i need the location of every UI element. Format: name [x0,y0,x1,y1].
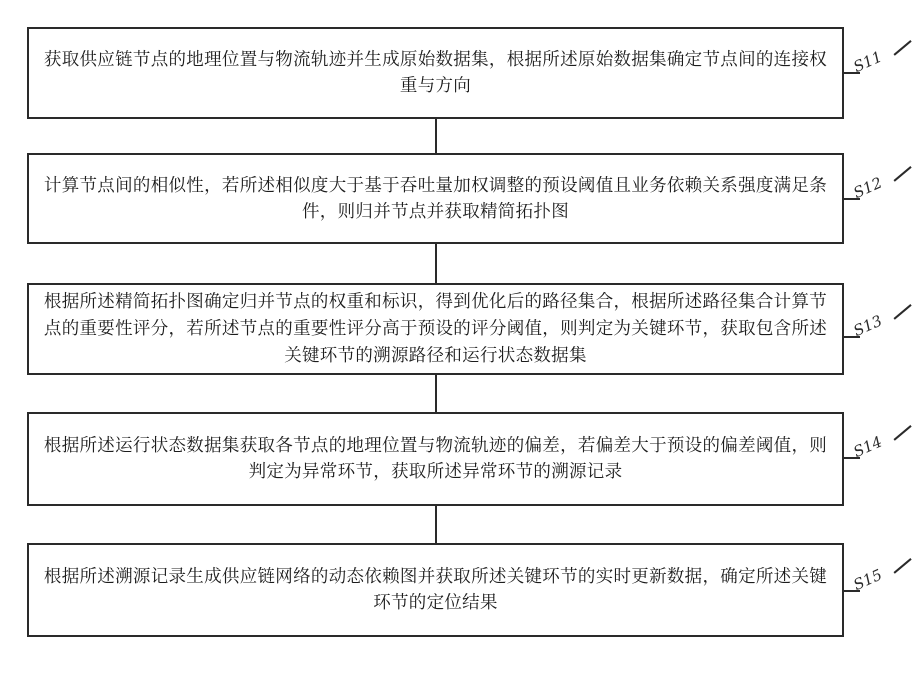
step-text-s12: 计算节点间的相似性，若所述相似度大于基于吞吐量加权调整的预设阈值且业务依赖关系强… [43,173,828,225]
step-box-s15: 根据所述溯源记录生成供应链网络的动态依赖图并获取所述关键环节的实时更新数据，确定… [27,543,844,637]
step-label-text-s13: S13 [851,312,885,340]
connector-s14-s15 [435,506,437,543]
step-label-s12: S12 [844,178,924,218]
flowchart-canvas: 获取供应链节点的地理位置与物流轨迹并生成原始数据集，根据所述原始数据集确定节点间… [0,0,924,682]
connector-s12-s13 [435,244,437,283]
label-tail-mark [894,304,912,319]
connector-s11-s12 [435,119,437,153]
step-label-s13: S13 [844,316,924,356]
step-box-s13: 根据所述精简拓扑图确定归并节点的权重和标识，得到优化后的路径集合，根据所述路径集… [27,283,844,375]
step-label-s14: S14 [844,437,924,477]
step-label-text-s15: S15 [851,566,885,594]
step-label-text-s11: S11 [851,48,885,76]
step-text-s13: 根据所述精简拓扑图确定归并节点的权重和标识，得到优化后的路径集合，根据所述路径集… [43,289,828,370]
label-tail-mark [894,425,912,440]
connector-s13-s14 [435,375,437,412]
step-box-s14: 根据所述运行状态数据集获取各节点的地理位置与物流轨迹的偏差，若偏差大于预设的偏差… [27,412,844,506]
step-label-text-s12: S12 [851,174,885,202]
step-box-s12: 计算节点间的相似性，若所述相似度大于基于吞吐量加权调整的预设阈值且业务依赖关系强… [27,153,844,244]
step-box-s11: 获取供应链节点的地理位置与物流轨迹并生成原始数据集，根据所述原始数据集确定节点间… [27,27,844,119]
label-tail-mark [894,166,912,181]
step-label-s15: S15 [844,570,924,610]
step-label-text-s14: S14 [851,433,885,461]
step-text-s11: 获取供应链节点的地理位置与物流轨迹并生成原始数据集，根据所述原始数据集确定节点间… [43,47,828,99]
step-text-s14: 根据所述运行状态数据集获取各节点的地理位置与物流轨迹的偏差，若偏差大于预设的偏差… [43,433,828,485]
label-tail-mark [894,40,912,55]
step-text-s15: 根据所述溯源记录生成供应链网络的动态依赖图并获取所述关键环节的实时更新数据，确定… [43,564,828,616]
step-label-s11: S11 [844,52,924,92]
label-tail-mark [894,558,912,573]
